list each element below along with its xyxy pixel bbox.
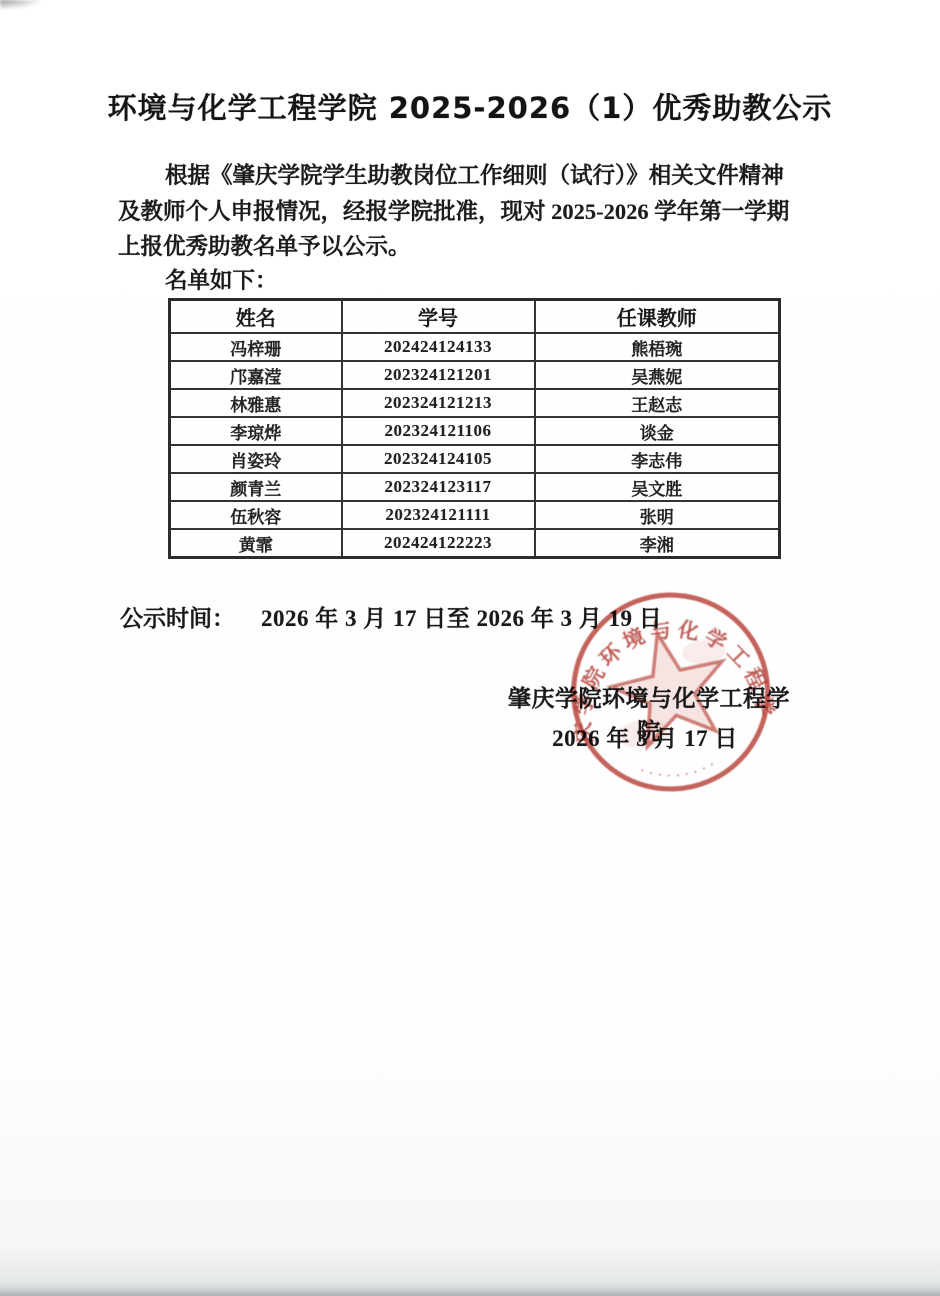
document-page: 环境与化学工程学院 2025-2026（1）优秀助教公示 根据《肇庆学院学生助教… (0, 0, 940, 1296)
cell-student-id: 202324121111 (342, 501, 535, 529)
cell-teacher: 李湘 (535, 529, 780, 558)
table-row: 林雅惠 202324121213 王赵志 (170, 389, 780, 417)
cell-student-id: 202324121106 (342, 417, 535, 445)
page-title: 环境与化学工程学院 2025-2026（1）优秀助教公示 (0, 86, 940, 127)
roster-table: 姓名 学号 任课教师 冯梓珊 202424124133 熊梧琬 邝嘉滢 2023… (168, 298, 781, 559)
notice-period-label: 公示时间： (120, 606, 235, 631)
list-intro-label: 名单如下： (165, 263, 278, 295)
cell-student-id: 202324123117 (342, 473, 535, 501)
paragraph-line-1: 根据《肇庆学院学生助教岗位工作细则（试行）》相关文件精神 (118, 158, 830, 194)
cell-teacher: 熊梧琬 (535, 333, 780, 361)
col-header-name: 姓名 (170, 300, 342, 334)
cell-name: 肖姿玲 (170, 445, 342, 473)
cell-name: 邝嘉滢 (170, 361, 342, 389)
table-row: 邝嘉滢 202324121201 吴燕妮 (170, 361, 780, 389)
cell-name: 颜青兰 (170, 473, 342, 501)
body-paragraph: 根据《肇庆学院学生助教岗位工作细则（试行）》相关文件精神 及教师个人申报情况，经… (118, 158, 830, 265)
photo-bottom-edge (0, 1282, 940, 1296)
cell-teacher: 吴燕妮 (535, 361, 780, 389)
cell-name: 冯梓珊 (170, 333, 342, 361)
cell-name: 林雅惠 (170, 389, 342, 417)
table-row: 伍秋容 202324121111 张明 (170, 501, 780, 529)
cell-student-id: 202424124133 (342, 333, 535, 361)
official-seal-stamp: 肇庆学院环境与化学工程学院 ········· (538, 566, 804, 824)
cell-teacher: 吴文胜 (535, 473, 780, 501)
cell-name: 李琼烨 (170, 417, 342, 445)
cell-teacher: 李志伟 (535, 445, 780, 473)
col-header-student-id: 学号 (342, 300, 535, 334)
cell-teacher: 张明 (535, 501, 780, 529)
paragraph-line-3: 上报优秀助教名单予以公示。 (118, 229, 830, 265)
cell-name: 黄霏 (170, 529, 342, 558)
table-row: 李琼烨 202324121106 谈金 (170, 417, 780, 445)
photo-corner-shadow (0, 0, 44, 10)
cell-student-id: 202324121201 (342, 361, 535, 389)
cell-student-id: 202324121213 (342, 389, 535, 417)
col-header-teacher: 任课教师 (535, 300, 780, 334)
table-row: 黄霏 202424122223 李湘 (170, 529, 780, 558)
table-row: 肖姿玲 202324124105 李志伟 (170, 445, 780, 473)
cell-student-id: 202324124105 (342, 445, 535, 473)
table-row: 冯梓珊 202424124133 熊梧琬 (170, 333, 780, 361)
cell-teacher: 谈金 (535, 417, 780, 445)
cell-teacher: 王赵志 (535, 389, 780, 417)
table-row: 颜青兰 202324123117 吴文胜 (170, 473, 780, 501)
cell-student-id: 202424122223 (342, 529, 535, 558)
cell-name: 伍秋容 (170, 501, 342, 529)
table-header-row: 姓名 学号 任课教师 (170, 300, 780, 334)
paragraph-line-2: 及教师个人申报情况，经报学院批准，现对 2025-2026 学年第一学期 (118, 194, 830, 230)
